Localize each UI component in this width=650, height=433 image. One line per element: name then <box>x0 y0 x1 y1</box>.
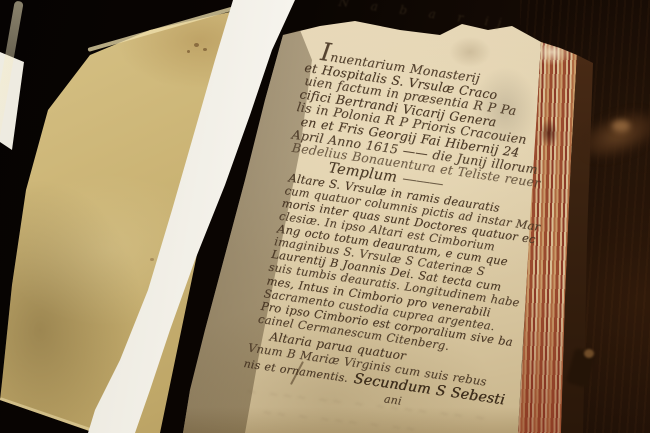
stain-spot <box>194 43 199 47</box>
clasp-pin-head <box>584 349 594 358</box>
stain-spot <box>187 50 190 53</box>
stain-spot <box>203 48 207 51</box>
manuscript-photo: N a b a r ij Inuentarium Monasterij et H… <box>0 0 650 433</box>
stain-spot <box>150 258 154 261</box>
clasp-strap-highlight <box>612 120 630 132</box>
